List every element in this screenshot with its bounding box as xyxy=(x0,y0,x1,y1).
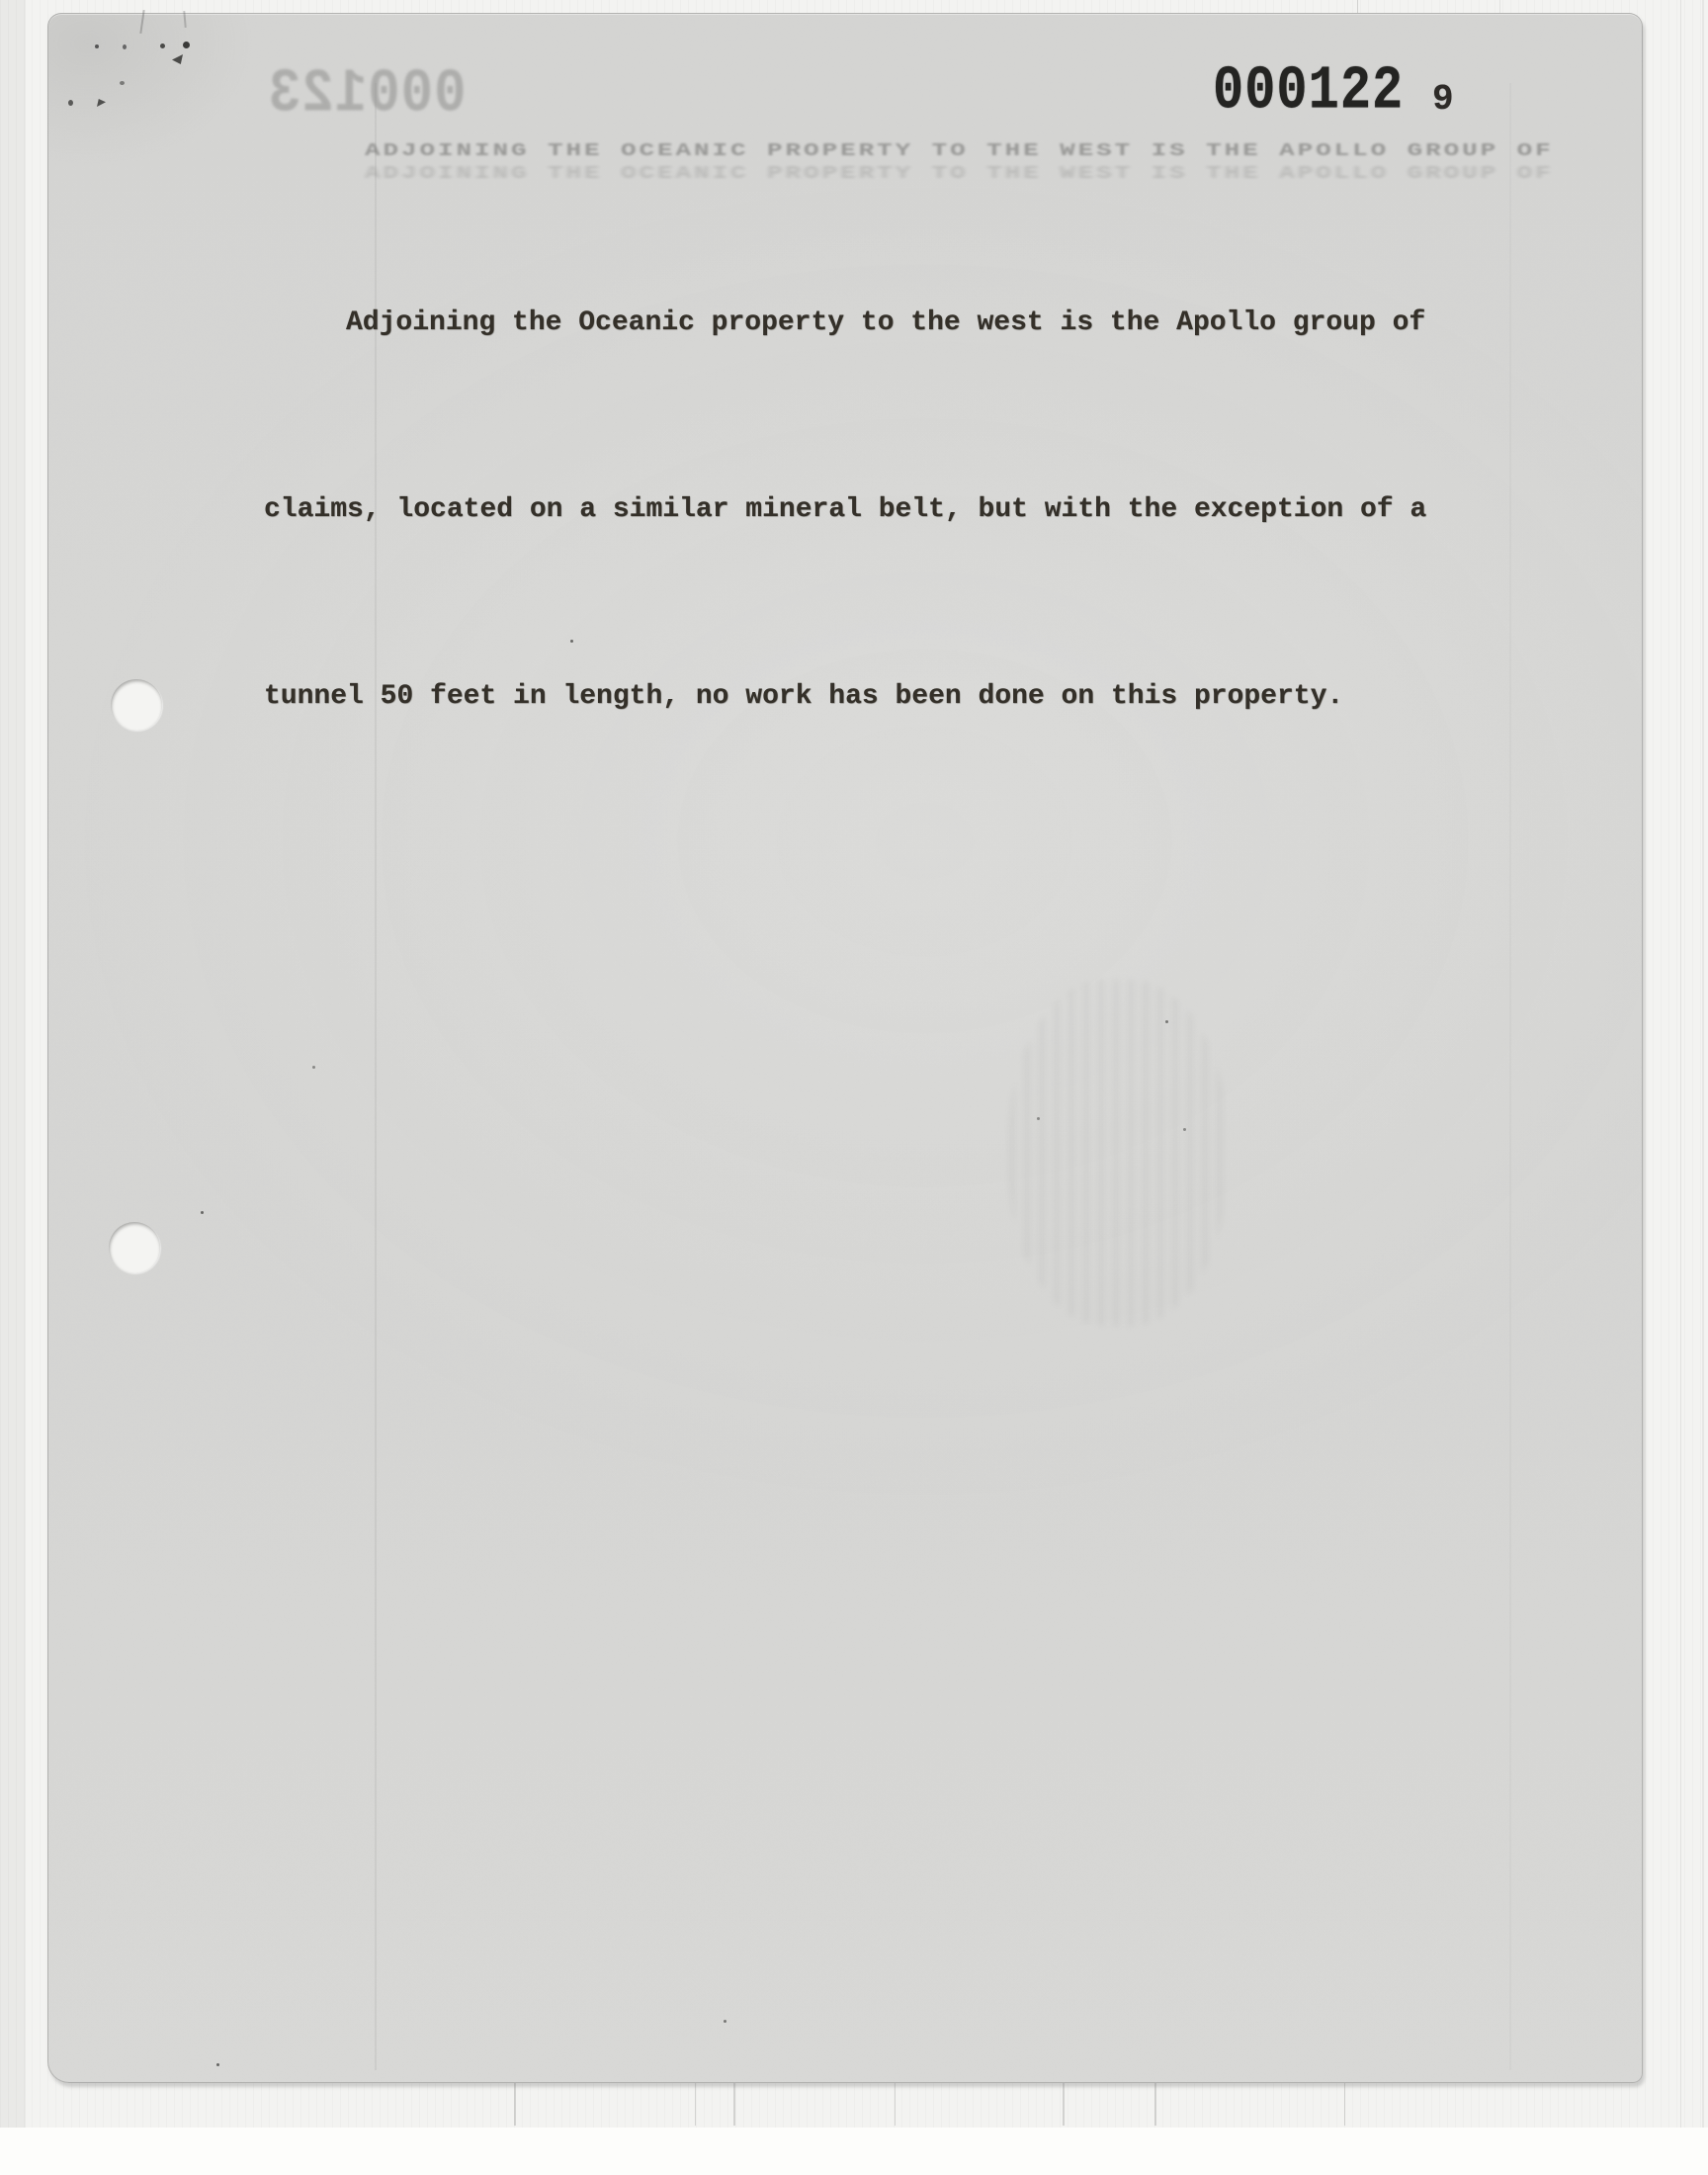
ink-speck xyxy=(183,42,190,48)
page-number: 9 xyxy=(1432,79,1454,120)
paper-fold-line xyxy=(1509,83,1511,2070)
pencil-stroke xyxy=(183,11,186,28)
body-line: claims, located on a similar mineral bel… xyxy=(264,478,1509,541)
scan-streak xyxy=(1499,0,1500,13)
ink-speck xyxy=(1037,1117,1040,1120)
bleedthrough-stamp: 000123 xyxy=(268,60,466,130)
ink-mark xyxy=(97,99,106,107)
ink-speck xyxy=(123,44,127,49)
bleedthrough-blotch xyxy=(1009,980,1227,1326)
ink-speck xyxy=(1183,1128,1186,1131)
ink-speck xyxy=(160,43,165,48)
ink-speck xyxy=(216,2063,219,2066)
document-number-stamp: 000122 xyxy=(1213,56,1404,127)
ink-speck xyxy=(1165,1020,1168,1023)
scanned-document: 000123 000122 9 ADJOINING THE OCEANIC PR… xyxy=(0,0,1708,2175)
body-line: Adjoining the Oceanic property to the we… xyxy=(264,292,1509,354)
punch-hole-top xyxy=(111,679,162,731)
scan-streak xyxy=(1702,0,1704,2128)
body-line: tunnel 50 feet in length, no work has be… xyxy=(264,665,1509,728)
scanner-bottom-margin xyxy=(0,2128,1708,2175)
ink-speck xyxy=(68,100,73,106)
pencil-stroke xyxy=(139,10,144,34)
scan-streak xyxy=(895,2076,896,2126)
scan-streak xyxy=(1063,2076,1065,2126)
scan-streak xyxy=(1680,0,1681,2128)
ink-speck xyxy=(570,640,573,643)
scan-streak xyxy=(1344,2076,1345,2126)
punch-hole-bottom xyxy=(109,1222,160,1273)
scan-streak xyxy=(733,2076,735,2126)
scan-streak xyxy=(695,2076,696,2126)
document-page: 000123 000122 9 ADJOINING THE OCEANIC PR… xyxy=(47,13,1643,2083)
ink-speck xyxy=(724,2020,726,2023)
ink-mark xyxy=(172,54,183,64)
ink-speck xyxy=(95,44,99,48)
scan-streak xyxy=(514,2076,516,2126)
scan-streak xyxy=(1154,2076,1156,2126)
ghost-text-line: ADJOINING THE OCEANIC PROPERTY TO THE WE… xyxy=(365,139,1590,161)
scan-streak xyxy=(1357,0,1358,14)
ink-speck xyxy=(312,1066,315,1069)
body-paragraph: Adjoining the Oceanic property to the we… xyxy=(264,167,1509,852)
ink-speck xyxy=(120,81,125,85)
ink-speck xyxy=(201,1211,204,1214)
